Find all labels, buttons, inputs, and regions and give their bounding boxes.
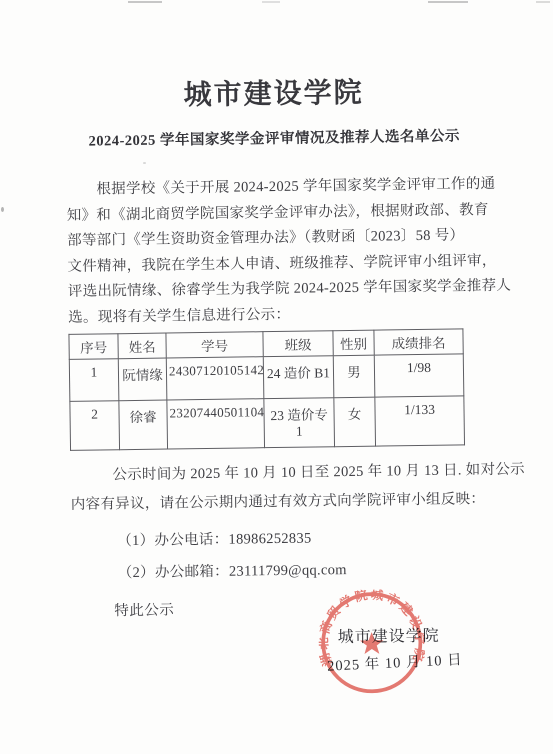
intro-paragraph: 根据学校《关于开展 2024-2025 学年国家奖学金评审工作的通知》和《湖北商… <box>66 172 497 331</box>
table-cell: 24307120105142 <box>166 357 264 400</box>
table-header-cell: 姓名 <box>118 333 166 359</box>
document-body: 根据学校《关于开展 2024-2025 学年国家奖学金评审工作的通知》和《湖北商… <box>0 171 553 622</box>
table-cell: 男 <box>333 355 375 398</box>
contact-line: （2）办公邮箱：23111799@qq.com <box>72 558 501 584</box>
table-header-cell: 性别 <box>333 330 374 356</box>
contact-value: 18986252835 <box>228 531 311 548</box>
seal-star-icon <box>360 632 384 654</box>
table-cell: 徐睿 <box>119 400 168 450</box>
contact-label: （2）办公邮箱： <box>118 564 229 582</box>
table-cell: 23 造价专 1 <box>264 398 335 448</box>
table-cell: 阮情缘 <box>118 358 167 401</box>
paragraph-line: 内容有异议，请在公示期内通过有效方式向学院评审小组反映： <box>71 485 500 520</box>
table-row: 2徐睿2320744050110423 造价专 1女1/133 <box>70 396 465 450</box>
contact-label: （1）办公电话： <box>117 532 228 550</box>
student-table: 序号姓名学号班级性别成绩排名 1阮情缘2430712010514224 造价 B… <box>68 328 465 451</box>
table-cell: 女 <box>334 397 376 447</box>
student-table-body: 1阮情缘2430712010514224 造价 B1男1/982徐睿232074… <box>69 354 464 450</box>
table-cell: 1 <box>69 359 119 402</box>
table-cell: 23207440501104 <box>167 399 265 449</box>
official-red-seal: 湖北商贸学院城市建设学院 <box>318 589 425 696</box>
table-cell: 1/98 <box>374 354 464 397</box>
document-subtitle: 2024-2025 学年国家奖学金评审情况及推荐人选名单公示 <box>0 123 551 152</box>
seal-ring-text: 湖北商贸学院城市建设学院 <box>318 589 425 668</box>
table-header-cell: 班级 <box>263 331 333 357</box>
table-header-cell: 序号 <box>69 334 118 360</box>
closing-statement: 特此公示 <box>72 594 501 621</box>
paragraph-line: 选。现将有关学生信息进行公示： <box>68 299 497 330</box>
table-cell: 2 <box>70 401 120 451</box>
table-header-cell: 学号 <box>166 332 263 358</box>
document-title: 城市建设学院 <box>0 68 550 116</box>
svg-text:湖北商贸学院城市建设学院: 湖北商贸学院城市建设学院 <box>318 589 425 668</box>
table-row: 1阮情缘2430712010514224 造价 B1男1/98 <box>69 354 464 401</box>
document-content: 城市建设学院 2024-2025 学年国家奖学金评审情况及推荐人选名单公示 根据… <box>0 0 553 754</box>
contact-line: （1）办公电话：18986252835 <box>71 526 500 552</box>
table-header-cell: 成绩排名 <box>374 329 463 355</box>
notice-paragraph: 公示时间为 2025 年 10 月 10 日至 2025 年 10 月 13 日… <box>70 456 500 520</box>
contact-value: 23111799@qq.com <box>229 562 347 580</box>
table-cell: 24 造价 B1 <box>263 356 334 399</box>
scanned-document-page: 城市建设学院 2024-2025 学年国家奖学金评审情况及推荐人选名单公示 根据… <box>0 0 553 754</box>
table-cell: 1/133 <box>375 396 465 446</box>
contact-list: （1）办公电话：18986252835（2）办公邮箱：23111799@qq.c… <box>71 526 501 584</box>
